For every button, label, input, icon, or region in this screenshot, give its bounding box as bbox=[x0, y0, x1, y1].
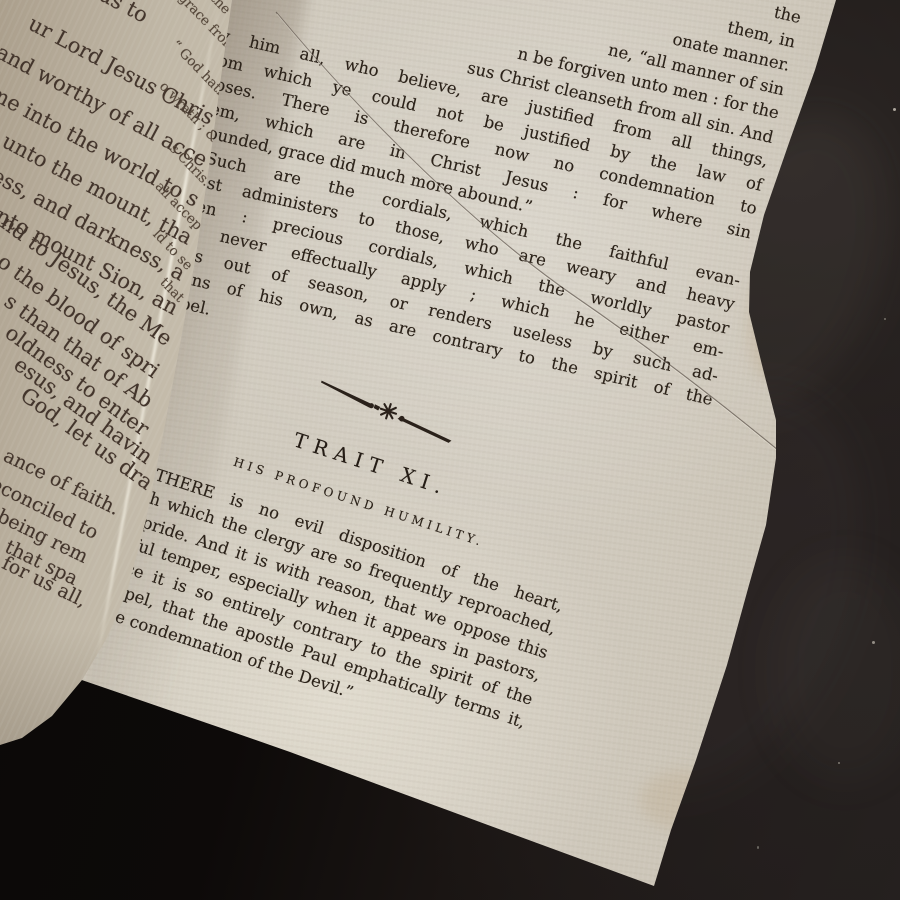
asterisk-dash-ornament bbox=[312, 374, 464, 449]
dust-speck bbox=[884, 318, 886, 320]
dust-speck bbox=[872, 641, 875, 644]
dust-speck bbox=[757, 846, 759, 849]
text-line-fragment: ed us to bbox=[67, 0, 153, 28]
book-photo-scene: thethem, inonate manner.ne, “all manner … bbox=[0, 0, 900, 900]
dust-speck bbox=[893, 108, 896, 111]
dust-speck bbox=[838, 762, 840, 764]
